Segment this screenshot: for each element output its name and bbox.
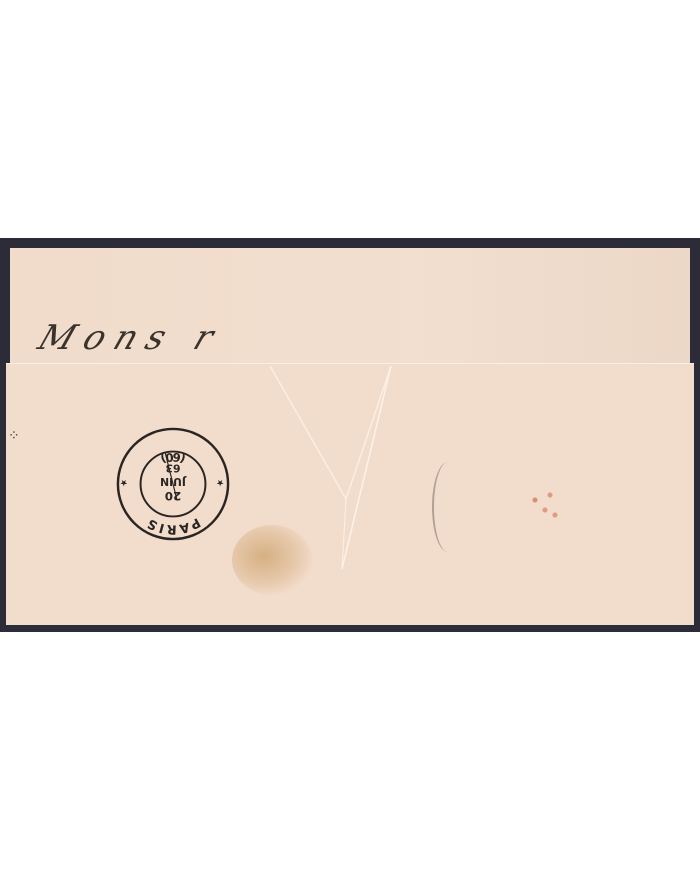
- letter-front-panel: [6, 364, 694, 625]
- letter-back-panel: [10, 248, 690, 378]
- paris-postmark: PARIS (60) 20 JUIN 63 ★ ★: [114, 425, 232, 543]
- envelope-flap-lines: [6, 364, 694, 625]
- svg-text:PARIS: PARIS: [143, 514, 202, 536]
- manuscript-writing: Mons r: [33, 318, 229, 358]
- edge-ink-mark: ⁘: [8, 428, 20, 488]
- faint-postmark-arc: [432, 462, 464, 552]
- postmark-day: 20: [165, 489, 181, 503]
- foxing-stain: [232, 525, 312, 595]
- red-ink-marks: [520, 480, 570, 530]
- postmark-city: PARIS: [143, 514, 202, 536]
- svg-text:★: ★: [120, 477, 128, 487]
- svg-text:★: ★: [216, 477, 224, 487]
